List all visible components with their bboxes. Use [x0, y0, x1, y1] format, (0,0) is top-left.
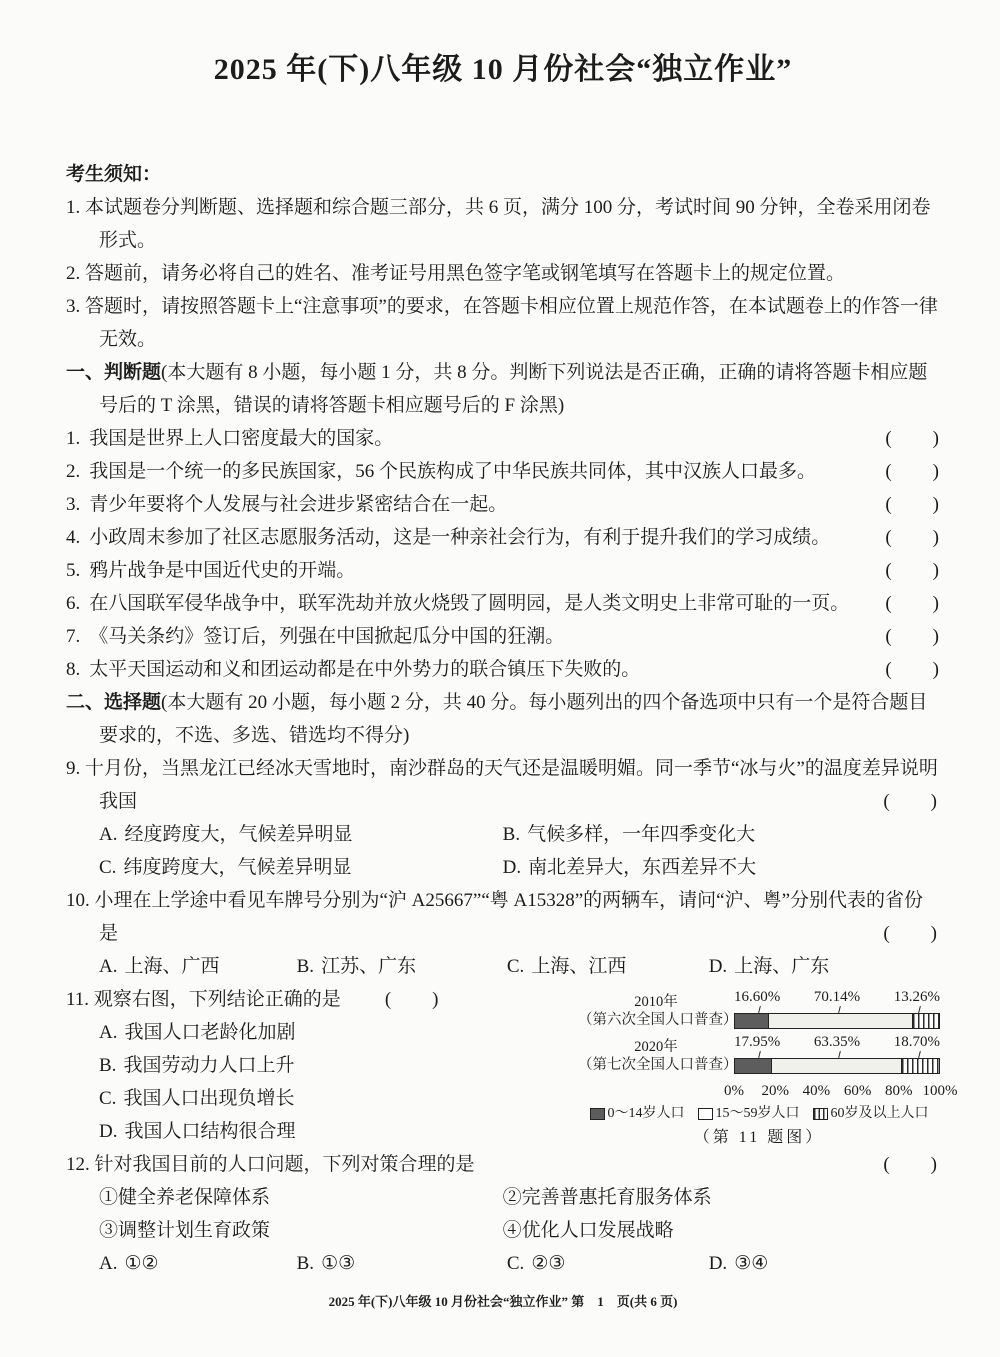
- question-10: 10. 小理在上学途中看见车牌号分别为“沪 A25667”“粤 A15328”的…: [66, 884, 940, 983]
- judge-section: 一、判断题(本大题有 8 小题，每小题 1 分，共 8 分。判断下列说法是否正确…: [66, 356, 940, 686]
- option-a: A.经度跨度大，气候差异明显: [99, 818, 503, 851]
- chart-category-label: 2020年 （第七次全国人口普查）: [578, 1038, 734, 1074]
- bar-segment-0-14: [735, 1059, 772, 1073]
- judge-item: 2.我国是一个统一的多民族国家，56 个民族构成了中华民族共同体，其中汉族人口最…: [66, 455, 940, 488]
- answer-bracket: ( ): [916, 917, 938, 950]
- notice-item-num: 1.: [66, 197, 80, 218]
- legend-label: 60岁及以上人口: [831, 1105, 929, 1123]
- question-text: 小理在上学途中看见车牌号分别为“沪 A25667”“粤 A15328”的两辆车，…: [95, 890, 924, 944]
- judge-item-text: 我国是世界上人口密度最大的国家。: [89, 422, 885, 455]
- answer-bracket: ( ): [885, 587, 940, 620]
- bar-segment-0-14: [735, 1014, 769, 1028]
- value-label: 17.95%: [734, 1034, 780, 1051]
- option-text: 江苏、广东: [321, 956, 416, 977]
- question-12-statements: ①健全养老保障体系 ②完善普惠托育服务体系 ③调整计划生育政策 ④优化人口发展战…: [99, 1181, 940, 1247]
- judge-item: 8.太平天国运动和义和团运动都是在中外势力的联合镇压下失败的。( ): [66, 653, 940, 686]
- option-d: D.我国人口结构很合理: [99, 1115, 578, 1148]
- option-key: B.: [503, 824, 527, 845]
- option-text: 纬度跨度大，气候差异明显: [123, 857, 351, 878]
- bar-segment-15-59: [769, 1014, 912, 1028]
- question-text: 针对我国目前的人口问题，下列对策合理的是: [95, 1154, 475, 1175]
- judge-item: 5.鸦片战争是中国近代史的开端。( ): [66, 554, 940, 587]
- answer-bracket: ( ): [885, 422, 940, 455]
- option-c: C.我国人口出现负增长: [99, 1082, 578, 1115]
- judge-item-text: 鸦片战争是中国近代史的开端。: [89, 554, 885, 587]
- option-a: A.上海、广西: [99, 950, 297, 983]
- option-text: 上海、江西: [531, 956, 626, 977]
- judge-item-num: 7.: [66, 620, 89, 653]
- option-c: C.上海、江西: [507, 950, 709, 983]
- option-b: B.气候多样，一年四季变化大: [503, 818, 940, 851]
- judge-item-num: 2.: [66, 455, 89, 488]
- question-num: 9.: [66, 758, 80, 779]
- notice-item: 3. 答题时，请按照答题卡上“注意事项”的要求，在答题卡相应位置上规范作答，在本…: [66, 290, 940, 356]
- option-key: C.: [99, 857, 123, 878]
- axis-tick: 20%: [761, 1082, 789, 1100]
- statement-2: ②完善普惠托育服务体系: [503, 1181, 940, 1214]
- question-num: 10.: [66, 890, 90, 911]
- question-10-stem: 10. 小理在上学途中看见车牌号分别为“沪 A25667”“粤 A15328”的…: [66, 884, 940, 950]
- judge-item: 1.我国是世界上人口密度最大的国家。( ): [66, 422, 940, 455]
- answer-bracket: ( ): [885, 620, 940, 653]
- choice-section-heading: 二、选择题: [66, 692, 161, 713]
- footer-pagination: 2025 年(下)八年级 10 月份社会“独立作业” 第 1 页(共 6 页): [66, 1292, 940, 1312]
- chart-year-label: 2010年: [578, 993, 734, 1011]
- option-key: B.: [99, 1055, 123, 1076]
- bar-segment-60plus: [912, 1014, 939, 1028]
- notice-item-text: 本试题卷分判断题、选择题和综合题三部分，共 6 页，满分 100 分，考试时间 …: [85, 197, 931, 251]
- notice-heading: 考生须知：: [66, 158, 940, 191]
- question-11-stem: 11. 观察右图，下列结论正确的是( ): [66, 983, 578, 1016]
- judge-item-num: 8.: [66, 653, 89, 686]
- question-12-stem: 12. 针对我国目前的人口问题，下列对策合理的是( ): [66, 1148, 940, 1181]
- judge-item: 3.青少年要将个人发展与社会进步紧密结合在一起。( ): [66, 488, 940, 521]
- option-d: D.南北差异大，东西差异不大: [503, 851, 940, 884]
- question-11: 11. 观察右图，下列结论正确的是( ) A.我国人口老龄化加剧 B.我国劳动力…: [66, 983, 940, 1148]
- chart-value-labels: 17.95% 63.35% 18.70%: [734, 1034, 940, 1058]
- legend-item: 15～59岁人口: [698, 1105, 800, 1123]
- notice-item-text: 答题前，请务必将自己的姓名、准考证号用黑色签字笔或钢笔填写在答题卡上的规定位置。: [85, 263, 845, 284]
- value-label: 16.60%: [734, 989, 780, 1006]
- bar-segment-60plus: [901, 1059, 939, 1073]
- option-text: 上海、广西: [124, 956, 219, 977]
- judge-item-text: 青少年要将个人发展与社会进步紧密结合在一起。: [89, 488, 885, 521]
- legend-label: 15～59岁人口: [716, 1105, 800, 1123]
- answer-bracket: ( ): [385, 989, 440, 1010]
- legend-item: 60岁及以上人口: [813, 1105, 929, 1123]
- choice-section-intro: 二、选择题(本大题有 20 小题，每小题 2 分，共 40 分。每小题列出的四个…: [66, 686, 940, 752]
- judge-item-text: 小政周末参加了社区志愿服务活动，这是一种亲社会行为，有利于提升我们的学习成绩。: [89, 521, 885, 554]
- chart-census-label: （第七次全国人口普查）: [578, 1056, 734, 1074]
- judge-section-rules: (本大题有 8 小题，每小题 1 分，共 8 分。判断下列说法是否正确，正确的请…: [99, 362, 927, 416]
- legend-swatch-solid-icon: [590, 1108, 605, 1120]
- option-key: D.: [709, 1253, 734, 1274]
- option-b: B.江苏、广东: [297, 950, 507, 983]
- answer-bracket: ( ): [885, 554, 940, 587]
- judge-item-num: 6.: [66, 587, 89, 620]
- legend-swatch-light-icon: [698, 1108, 713, 1120]
- option-text: 南北差异大，东西差异不大: [528, 857, 756, 878]
- option-d: D.③④: [709, 1247, 940, 1280]
- question-text: 观察右图，下列结论正确的是: [94, 989, 341, 1010]
- question-10-options: A.上海、广西 B.江苏、广东 C.上海、江西 D.上海、广东: [99, 950, 940, 983]
- judge-item: 4.小政周末参加了社区志愿服务活动，这是一种亲社会行为，有利于提升我们的学习成绩…: [66, 521, 940, 554]
- value-label: 70.14%: [814, 989, 860, 1006]
- option-text: ②③: [531, 1253, 565, 1274]
- answer-bracket: ( ): [885, 455, 940, 488]
- statement-4: ④优化人口发展战略: [503, 1214, 940, 1247]
- option-key: D.: [709, 956, 734, 977]
- question-9: 9. 十月份，当黑龙江已经冰天雪地时，南沙群岛的天气还是温暖明媚。同一季节“冰与…: [66, 752, 940, 884]
- option-text: 经度跨度大，气候差异明显: [124, 824, 352, 845]
- answer-bracket: ( ): [885, 521, 940, 554]
- question-text: 十月份，当黑龙江已经冰天雪地时，南沙群岛的天气还是温暖明媚。同一季节“冰与火”的…: [85, 758, 938, 812]
- option-key: B.: [297, 956, 321, 977]
- judge-item-num: 3.: [66, 488, 89, 521]
- option-text: 我国人口老龄化加剧: [124, 1022, 295, 1043]
- judge-item: 7.《马关条约》签订后，列强在中国掀起瓜分中国的狂潮。( ): [66, 620, 940, 653]
- stacked-bar-2010: [734, 1013, 940, 1029]
- exam-page: 2025 年(下)八年级 10 月份社会“独立作业” 考生须知： 1. 本试题卷…: [0, 0, 1000, 1357]
- option-b: B.①③: [297, 1247, 507, 1280]
- judge-section-intro: 一、判断题(本大题有 8 小题，每小题 1 分，共 8 分。判断下列说法是否正确…: [66, 356, 940, 422]
- chart-caption: （第 11 题图）: [578, 1129, 940, 1147]
- notice-item: 2. 答题前，请务必将自己的姓名、准考证号用黑色签字笔或钢笔填写在答题卡上的规定…: [66, 257, 940, 290]
- statement-1: ①健全养老保障体系: [99, 1181, 503, 1214]
- page-title: 2025 年(下)八年级 10 月份社会“独立作业”: [66, 50, 940, 90]
- population-census-chart: 2010年 （第六次全国人口普查） 16.60% 70.14% 13.26%: [578, 983, 940, 1148]
- option-text: 我国人口结构很合理: [124, 1121, 295, 1142]
- axis-tick: 0%: [724, 1082, 744, 1100]
- legend-label: 0～14岁人口: [608, 1105, 685, 1123]
- question-11-left: 11. 观察右图，下列结论正确的是( ) A.我国人口老龄化加剧 B.我国劳动力…: [66, 983, 578, 1148]
- judge-item-num: 4.: [66, 521, 89, 554]
- option-key: A.: [99, 1253, 124, 1274]
- legend-item: 0～14岁人口: [590, 1105, 685, 1123]
- question-num: 11.: [66, 989, 89, 1010]
- notice-item-num: 2.: [66, 263, 80, 284]
- bar-segment-15-59: [772, 1059, 901, 1073]
- axis-tick: 40%: [803, 1082, 831, 1100]
- option-b: B.我国劳动力人口上升: [99, 1049, 578, 1082]
- option-key: C.: [507, 956, 531, 977]
- option-c: C.纬度跨度大，气候差异明显: [99, 851, 503, 884]
- option-a: A.我国人口老龄化加剧: [99, 1016, 578, 1049]
- option-key: B.: [297, 1253, 321, 1274]
- chart-row-2020: 2020年 （第七次全国人口普查） 17.95% 63.35% 18.70%: [578, 1034, 940, 1074]
- judge-item-num: 1.: [66, 422, 89, 455]
- chart-year-label: 2020年: [578, 1038, 734, 1056]
- judge-item-text: 《马关条约》签订后，列强在中国掀起瓜分中国的狂潮。: [89, 620, 885, 653]
- option-text: 我国人口出现负增长: [123, 1088, 294, 1109]
- option-d: D.上海、广东: [709, 950, 940, 983]
- option-c: C.②③: [507, 1247, 709, 1280]
- answer-bracket: ( ): [916, 785, 938, 818]
- option-key: D.: [99, 1121, 124, 1142]
- stacked-bar-2020: [734, 1058, 940, 1074]
- judge-item: 6.在八国联军侵华战争中，联军洗劫并放火烧毁了圆明园，是人类文明史上非常可耻的一…: [66, 587, 940, 620]
- option-text: 气候多样，一年四季变化大: [527, 824, 755, 845]
- axis-tick: 60%: [844, 1082, 872, 1100]
- option-key: D.: [503, 857, 528, 878]
- choice-section: 二、选择题(本大题有 20 小题，每小题 2 分，共 40 分。每小题列出的四个…: [66, 686, 940, 1280]
- option-key: A.: [99, 1022, 124, 1043]
- axis-tick: 80%: [885, 1082, 913, 1100]
- choice-section-rules: (本大题有 20 小题，每小题 2 分，共 40 分。每小题列出的四个备选项中只…: [99, 692, 927, 746]
- axis-tick: 100%: [923, 1082, 958, 1100]
- chart-x-axis: 0% 20% 40% 60% 80% 100%: [734, 1079, 940, 1102]
- option-key: A.: [99, 824, 124, 845]
- option-key: A.: [99, 956, 124, 977]
- judge-item-text: 在八国联军侵华战争中，联军洗劫并放火烧毁了圆明园，是人类文明史上非常可耻的一页。: [89, 587, 885, 620]
- answer-bracket: ( ): [885, 488, 940, 521]
- option-key: C.: [99, 1088, 123, 1109]
- value-label: 13.26%: [894, 989, 940, 1006]
- option-a: A.①②: [99, 1247, 297, 1280]
- chart-value-labels: 16.60% 70.14% 13.26%: [734, 989, 940, 1013]
- question-9-stem: 9. 十月份，当黑龙江已经冰天雪地时，南沙群岛的天气还是温暖明媚。同一季节“冰与…: [66, 752, 940, 818]
- notice-item-num: 3.: [66, 296, 80, 317]
- chart-category-label: 2010年 （第六次全国人口普查）: [578, 993, 734, 1029]
- value-label: 18.70%: [894, 1034, 940, 1051]
- option-text: ①②: [124, 1253, 158, 1274]
- legend-swatch-striped-icon: [813, 1108, 828, 1120]
- notice-section: 考生须知： 1. 本试题卷分判断题、选择题和综合题三部分，共 6 页，满分 10…: [66, 158, 940, 356]
- chart-census-label: （第六次全国人口普查）: [578, 1011, 734, 1029]
- option-text: ③④: [734, 1253, 768, 1274]
- option-text: 我国劳动力人口上升: [123, 1055, 294, 1076]
- option-text: 上海、广东: [734, 956, 829, 977]
- notice-item: 1. 本试题卷分判断题、选择题和综合题三部分，共 6 页，满分 100 分，考试…: [66, 191, 940, 257]
- answer-bracket: ( ): [885, 653, 940, 686]
- statement-3: ③调整计划生育政策: [99, 1214, 503, 1247]
- option-text: ①③: [321, 1253, 355, 1274]
- question-12: 12. 针对我国目前的人口问题，下列对策合理的是( ) ①健全养老保障体系 ②完…: [66, 1148, 940, 1280]
- answer-bracket: ( ): [916, 1148, 938, 1181]
- judge-item-text: 太平天国运动和义和团运动都是在中外势力的联合镇压下失败的。: [89, 653, 885, 686]
- judge-section-heading: 一、判断题: [66, 362, 161, 383]
- judge-item-text: 我国是一个统一的多民族国家，56 个民族构成了中华民族共同体，其中汉族人口最多。: [89, 455, 885, 488]
- option-key: C.: [507, 1253, 531, 1274]
- chart-legend: 0～14岁人口 15～59岁人口 60岁及以上人口: [578, 1105, 940, 1123]
- question-num: 12.: [66, 1154, 90, 1175]
- chart-bar-area: 17.95% 63.35% 18.70%: [734, 1034, 940, 1074]
- notice-item-text: 答题时，请按照答题卡上“注意事项”的要求，在答题卡相应位置上规范作答，在本试题卷…: [85, 296, 938, 350]
- chart-bar-area: 16.60% 70.14% 13.26%: [734, 989, 940, 1029]
- judge-item-num: 5.: [66, 554, 89, 587]
- value-label: 63.35%: [814, 1034, 860, 1051]
- question-12-options: A.①② B.①③ C.②③ D.③④: [99, 1247, 940, 1280]
- chart-row-2010: 2010年 （第六次全国人口普查） 16.60% 70.14% 13.26%: [578, 989, 940, 1029]
- question-9-options: A.经度跨度大，气候差异明显 B.气候多样，一年四季变化大 C.纬度跨度大，气候…: [99, 818, 940, 884]
